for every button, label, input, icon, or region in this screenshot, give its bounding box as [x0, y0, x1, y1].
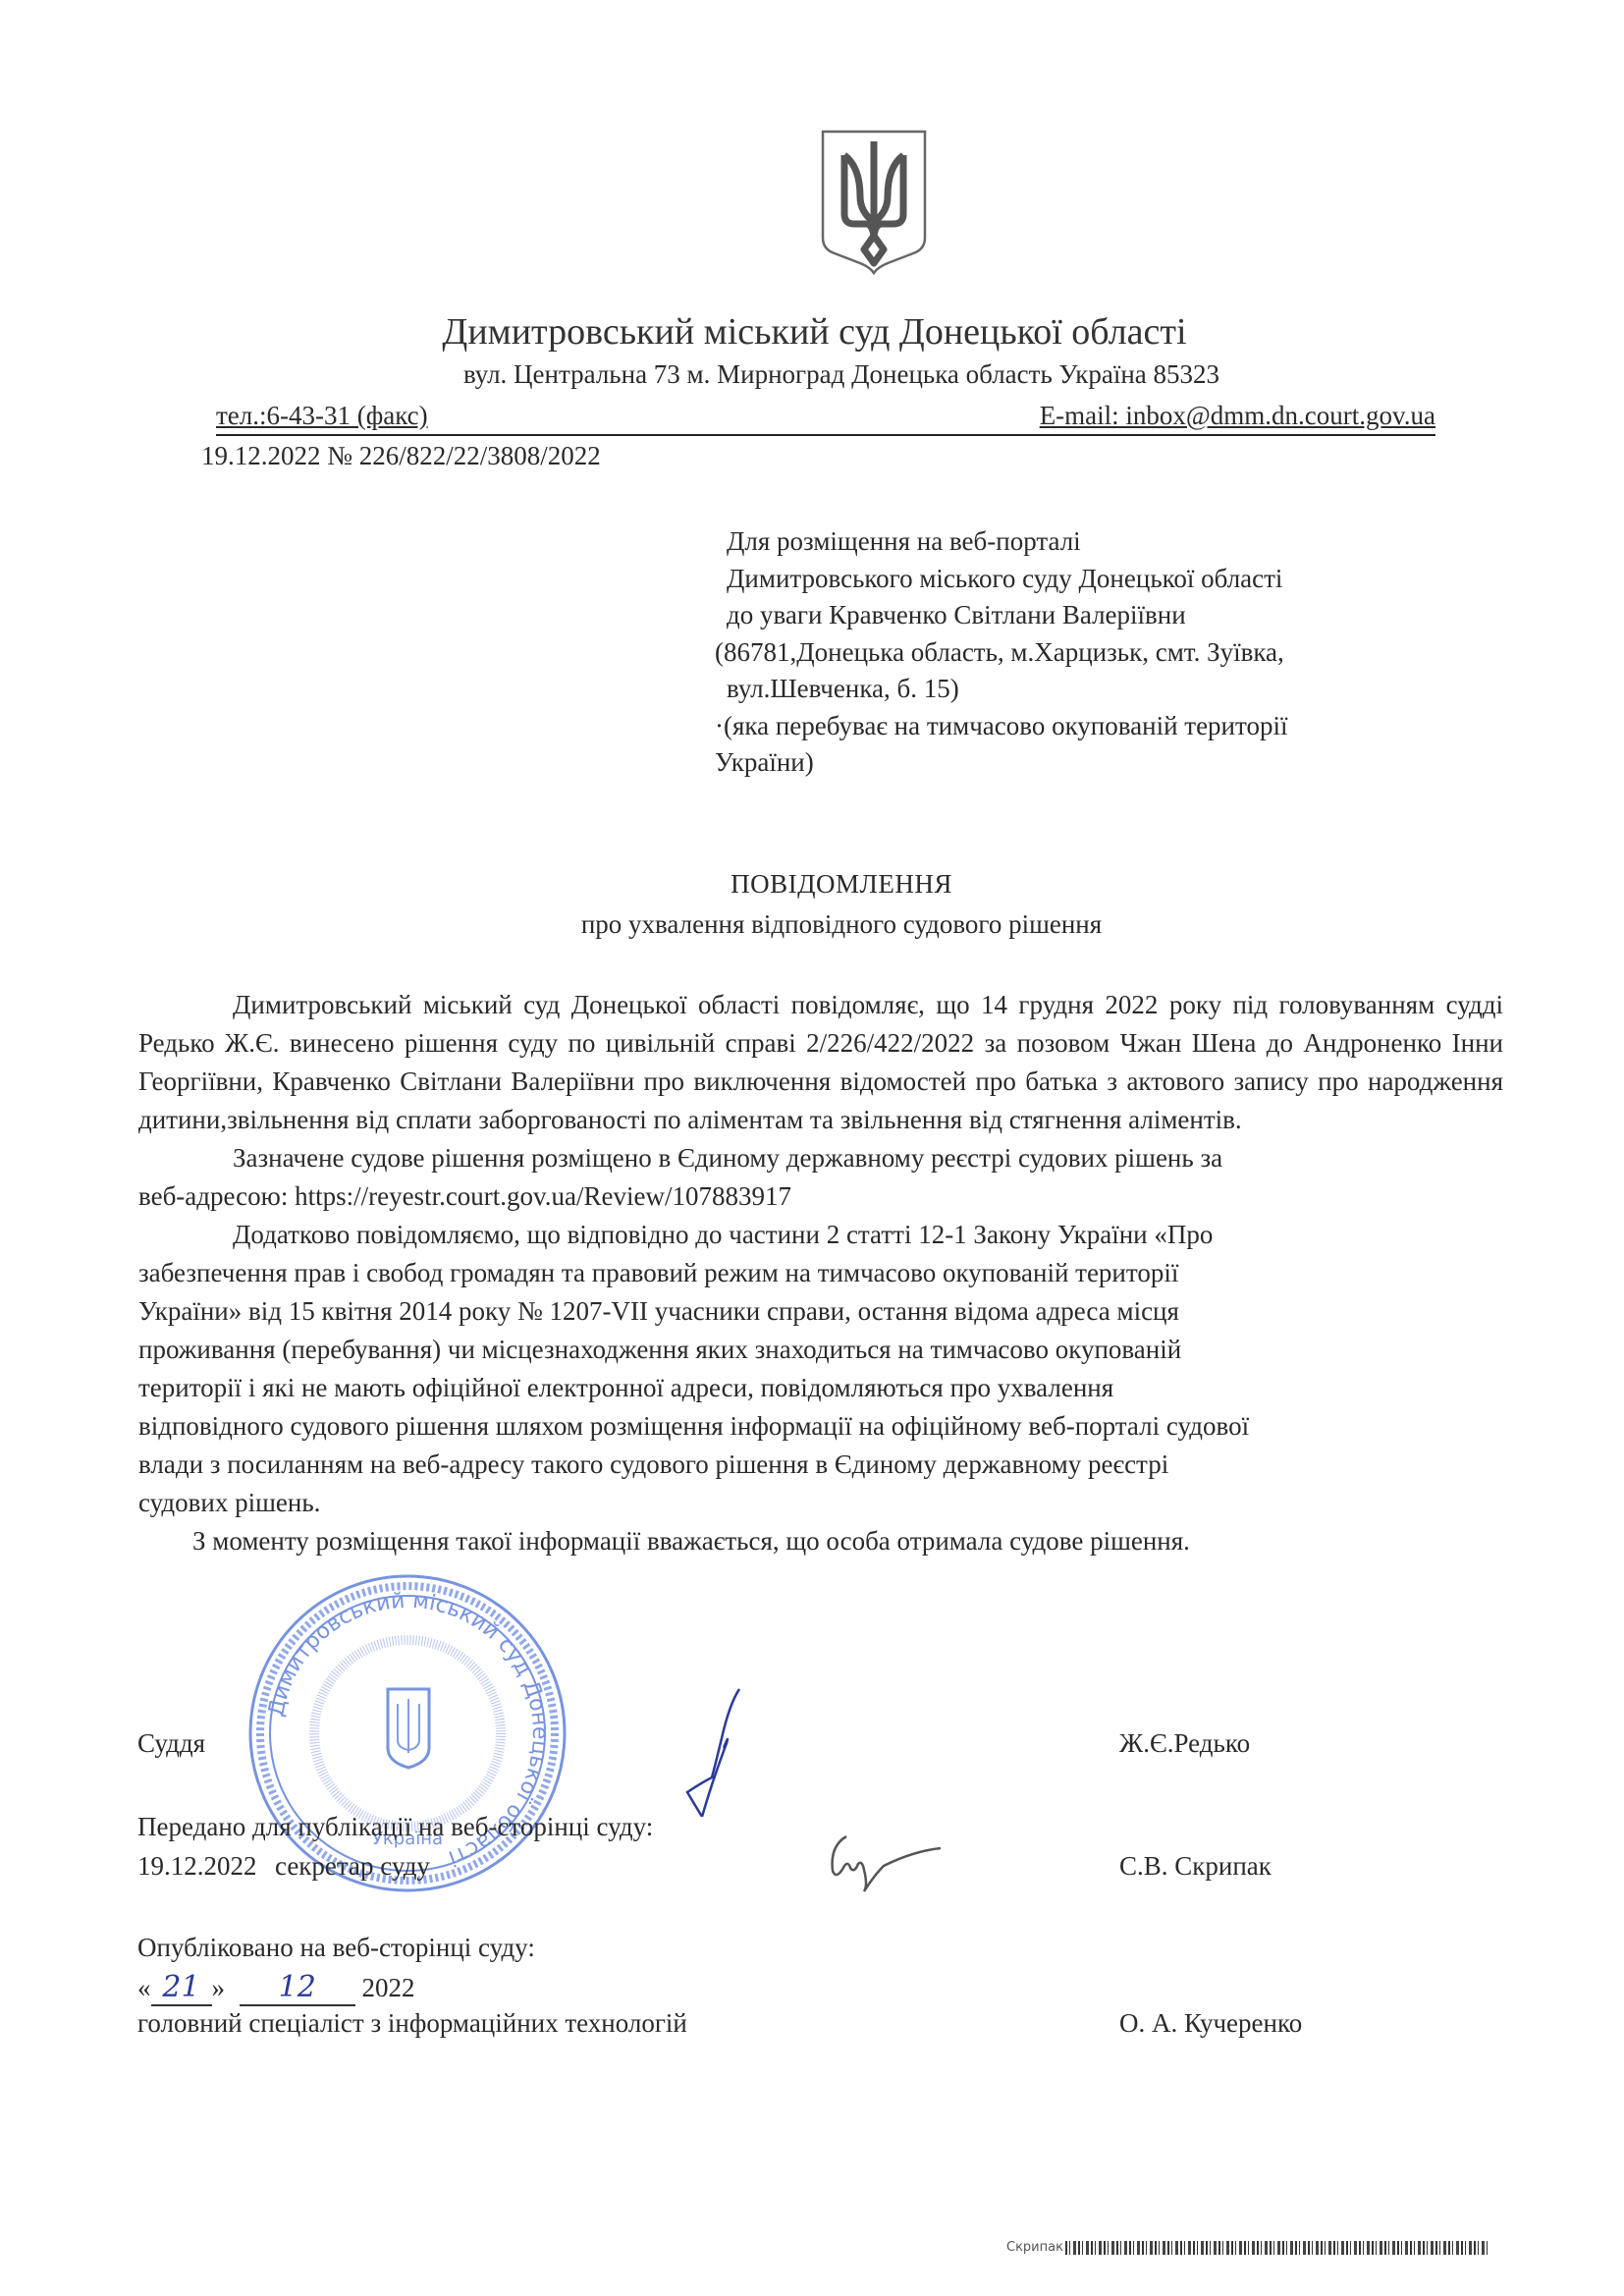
- it-specialist-name: О. А. Кучеренко: [1119, 2008, 1302, 2039]
- court-phone: тел.:6-43-31 (факс): [216, 401, 428, 431]
- court-stamp-icon: Димитровський міський суд Донецької обла…: [241, 1571, 574, 1895]
- paragraph-law-line: України» від 15 квітня 2014 року № 1207-…: [138, 1292, 1503, 1331]
- published-month: 12: [240, 1970, 355, 2006]
- court-name: Димитровський міський суд Донецької обла…: [0, 310, 1624, 354]
- notice-subtitle: про ухвалення відповідного судового ріше…: [0, 909, 1624, 940]
- published-date: «21» 12 2022: [137, 1970, 415, 2006]
- reference-number: 19.12.2022 № 226/822/22/3808/2022: [201, 441, 601, 471]
- paragraph-law-line: Додатково повідомляємо, що відповідно до…: [138, 1216, 1503, 1254]
- addressee-line: України): [715, 744, 1287, 782]
- judge-signature-icon: [682, 1684, 751, 1817]
- secretary-signature-icon: [825, 1827, 943, 1895]
- registry-url[interactable]: веб-адресою: https://reyestr.court.gov.u…: [138, 1177, 1503, 1216]
- barcode-label: Скрипак: [1006, 2240, 1063, 2255]
- paragraph-registry-line: Зазначене судове рішення розміщено в Єди…: [138, 1139, 1503, 1177]
- addressee-line: Димитровського міського суду Донецької о…: [715, 561, 1287, 598]
- it-specialist-label: головний спеціаліст з інформаційних техн…: [137, 2008, 687, 2039]
- judge-label: Суддя: [137, 1728, 205, 1759]
- paragraph-law-line: території і які не мають офіційної елект…: [138, 1369, 1503, 1407]
- addressee-line: (86781,Донецька область, м.Харцизьк, смт…: [715, 634, 1287, 672]
- court-address: вул. Центральна 73 м. Мирноград Донецька…: [0, 359, 1624, 390]
- addressee-line: вул.Шевченка, б. 15): [715, 671, 1287, 708]
- addressee-line: ·(яка перебуває на тимчасово окупованій …: [715, 708, 1287, 745]
- secretary-label: секретар суду: [275, 1851, 430, 1882]
- addressee-line: до уваги Кравченко Світлани Валеріївни: [715, 597, 1287, 634]
- judge-name: Ж.Є.Редько: [1119, 1728, 1250, 1759]
- published-label: Опубліковано на веб-сторінці суду:: [137, 1933, 535, 1963]
- transferred-date: 19.12.2022: [137, 1851, 257, 1882]
- paragraph-receipt: З моменту розміщення такої інформації вв…: [138, 1522, 1503, 1560]
- secretary-name: С.В. Скрипак: [1119, 1851, 1272, 1882]
- addressee-block: Для розміщення на веб-порталі Димитровсь…: [715, 523, 1287, 782]
- addressee-line: Для розміщення на веб-порталі: [715, 523, 1287, 561]
- notice-title: ПОВІДОМЛЕННЯ: [0, 869, 1624, 900]
- transferred-label: Передано для публікації на веб-сторінці …: [137, 1812, 653, 1842]
- quote-close: »: [212, 1973, 226, 2002]
- footer-barcode: Скрипак: [1006, 2240, 1488, 2255]
- notice-body: Димитровський міський суд Донецької обла…: [138, 986, 1503, 1560]
- court-email[interactable]: E-mail: inbox@dmm.dn.court.gov.ua: [1040, 401, 1435, 431]
- paragraph-law-line: відповідного судового рішення шляхом роз…: [138, 1407, 1503, 1446]
- paragraph-law-line: забезпечення прав і свобод громадян та п…: [138, 1254, 1503, 1292]
- published-year: 2022: [362, 1973, 415, 2002]
- paragraph-law-line: влади з посиланням на веб-адресу такого …: [138, 1446, 1503, 1484]
- paragraph-law-line: судових рішень.: [138, 1484, 1503, 1522]
- barcode-icon: [1065, 2241, 1488, 2255]
- paragraph-law-line: проживання (перебування) чи місцезнаходж…: [138, 1331, 1503, 1369]
- coat-of-arms-icon: [819, 128, 929, 275]
- quote-open: «: [137, 1973, 151, 2002]
- paragraph-court-decision: Димитровський міський суд Донецької обла…: [138, 986, 1503, 1139]
- published-day: 21: [151, 1970, 212, 2006]
